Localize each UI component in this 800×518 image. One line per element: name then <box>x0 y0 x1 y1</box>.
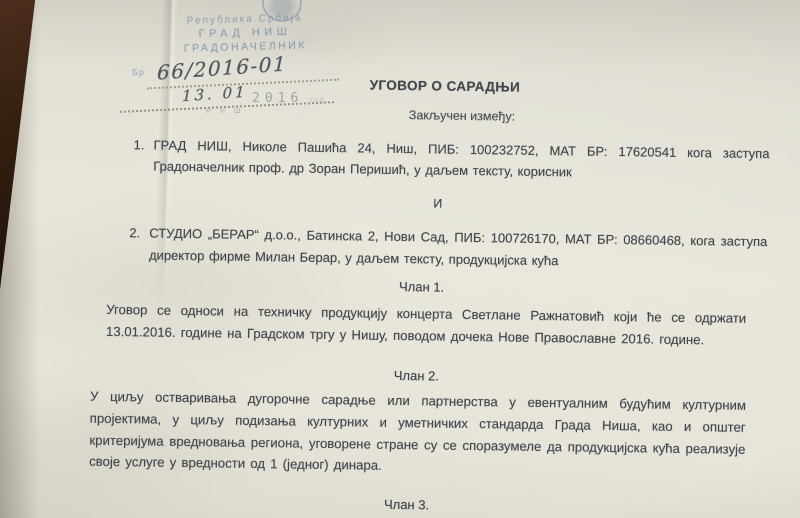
party-item-2: 2. СТУДИО „БЕРАР“ д.о.о., Батинска 2, Но… <box>129 222 768 274</box>
article-3-heading: Члан 3. <box>76 493 736 517</box>
party-number: 2. <box>129 222 150 265</box>
document-intro: Закључен између: <box>352 107 572 124</box>
contract-photo: Република Србија ГРАД НИШ ГРАДОНАЧЕЛНИК … <box>0 0 800 518</box>
conjunction: И <box>131 192 745 215</box>
article-1-heading: Члан 1. <box>92 275 752 299</box>
party-item-1: 1. ГРАД НИШ, Николе Пашића 24, Ниш, ПИБ:… <box>133 135 770 185</box>
contract-body: УГОВОР О САРАДЊИ Закључен између: 1. ГРА… <box>0 0 800 518</box>
party-text: ГРАД НИШ, Николе Пашића 24, Ниш, ПИБ: 10… <box>153 136 770 186</box>
document-title: УГОВОР О САРАДЊИ <box>327 77 562 95</box>
article-2-heading: Члан 2. <box>86 364 746 388</box>
article-2-body: У циљу остваривања дугорочне сарадње или… <box>89 386 746 482</box>
article-1-body: Уговор се односи на техничку продукцију … <box>106 299 747 352</box>
paper-sheet: Република Србија ГРАД НИШ ГРАДОНАЧЕЛНИК … <box>0 0 800 518</box>
party-text: СТУДИО „БЕРАР“ д.о.о., Батинска 2, Нови … <box>149 222 768 274</box>
party-number: 1. <box>133 135 154 176</box>
